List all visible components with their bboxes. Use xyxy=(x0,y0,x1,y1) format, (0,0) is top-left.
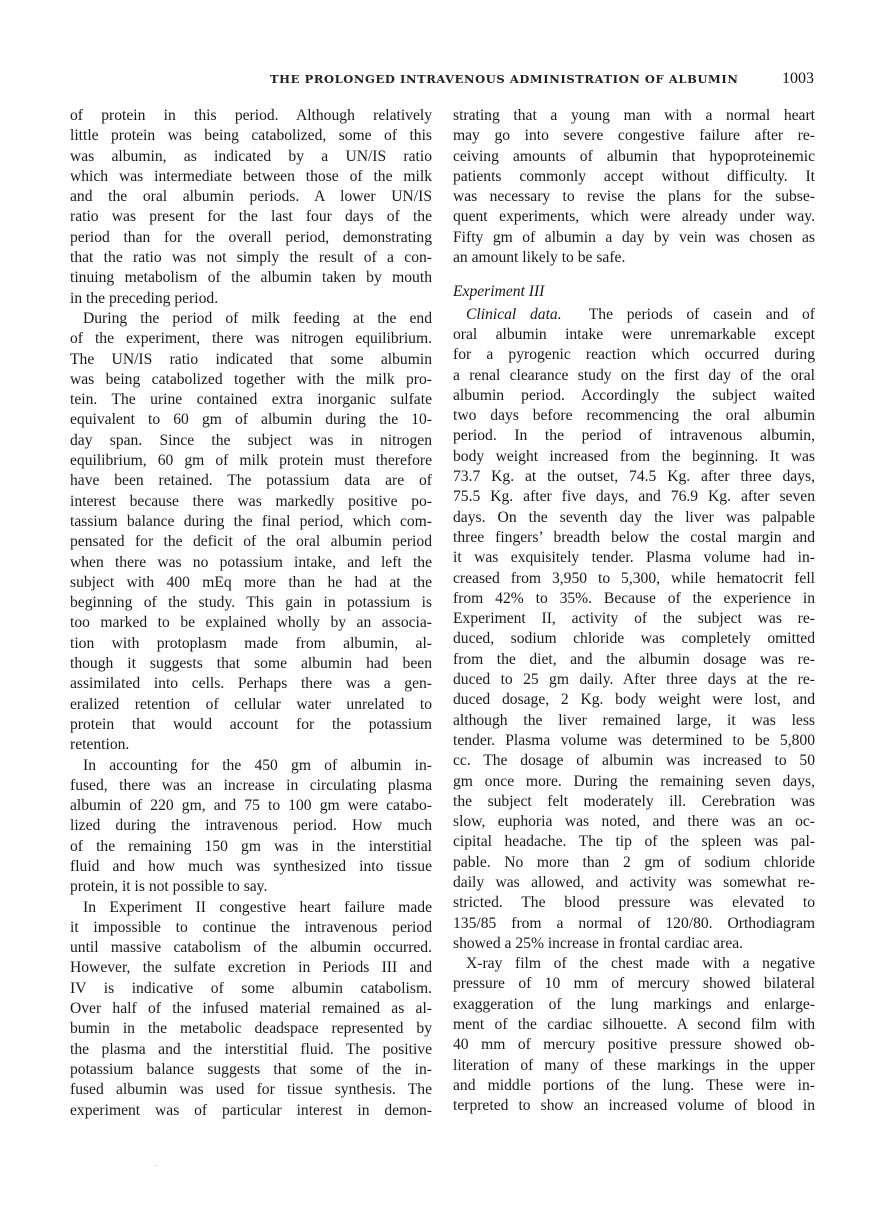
text-line: protein, it is not possible to say. xyxy=(70,877,432,897)
text-line: of the remaining 150 gm was in the inter… xyxy=(70,837,432,857)
text-line: three fingers’ breadth below the costal … xyxy=(453,528,815,548)
text-line: of protein in this period. Although rela… xyxy=(70,106,432,126)
text-line: In Experiment II congestive heart failur… xyxy=(70,898,432,918)
text-line: protein that would account for the potas… xyxy=(70,715,432,735)
text-line: may go into severe congestive failure af… xyxy=(453,126,815,146)
running-title: THE PROLONGED INTRAVENOUS ADMINISTRATION… xyxy=(270,72,738,86)
text-line: 75.5 Kg. after five days, and 76.9 Kg. a… xyxy=(453,487,815,507)
text-line: lized during the intravenous period. How… xyxy=(70,816,432,836)
text-line: and middle portions of the lung. These w… xyxy=(453,1076,815,1096)
text-line: equilibrium, 60 gm of milk protein must … xyxy=(70,451,432,471)
text-line: eralized retention of cellular water unr… xyxy=(70,695,432,715)
text-line: retention. xyxy=(70,735,432,755)
left-column: of protein in this period. Although rela… xyxy=(70,106,432,1121)
text-line: Experiment II, activity of the subject w… xyxy=(453,609,815,629)
text-line: a renal clearance study on the first day… xyxy=(453,366,815,386)
text-line: an amount likely to be safe. xyxy=(453,248,815,268)
running-header: THE PROLONGED INTRAVENOUS ADMINISTRATION… xyxy=(0,70,880,90)
text-line: gm once more. During the remaining seven… xyxy=(453,772,815,792)
text-line: from the diet, and the albumin dosage wa… xyxy=(453,650,815,670)
text-line: literation of many of these markings in … xyxy=(453,1056,815,1076)
text-line: quent experiments, which were already un… xyxy=(453,207,815,227)
text-line: beginning of the study. This gain in pot… xyxy=(70,593,432,613)
text-line: the plasma and the interstitial fluid. T… xyxy=(70,1040,432,1060)
text-line: period than for the overall period, demo… xyxy=(70,228,432,248)
text-line: ceiving amounts of albumin that hypoprot… xyxy=(453,147,815,167)
clinical-data-first-line-text: The periods of casein and of xyxy=(562,306,815,323)
text-line: terpreted to show an increased volume of… xyxy=(453,1096,815,1116)
text-line: though it suggests that some albumin had… xyxy=(70,654,432,674)
text-line: equivalent to 60 gm of albumin during th… xyxy=(70,410,432,430)
text-line: day span. Since the subject was in nitro… xyxy=(70,431,432,451)
text-line: The UN/IS ratio indicated that some albu… xyxy=(70,350,432,370)
text-line: In accounting for the 450 gm of albumin … xyxy=(70,756,432,776)
text-line: have been retained. The potassium data a… xyxy=(70,471,432,491)
text-line: daily was allowed, and activity was some… xyxy=(453,873,815,893)
text-line: duced dosage, 2 Kg. body weight were los… xyxy=(453,690,815,710)
text-line: body weight increased from the beginning… xyxy=(453,447,815,467)
text-line: experiment was of particular interest in… xyxy=(70,1101,432,1121)
text-line: tender. Plasma volume was determined to … xyxy=(453,731,815,751)
text-line: although the liver remained large, it wa… xyxy=(453,711,815,731)
text-line: X-ray film of the chest made with a nega… xyxy=(453,954,815,974)
text-line: ment of the cardiac silhouette. A second… xyxy=(453,1015,815,1035)
right-column: strating that a young man with a normal … xyxy=(453,106,815,1117)
text-line: tion with protoplasm made from albumin, … xyxy=(70,634,432,654)
text-line: showed a 25% increase in frontal cardiac… xyxy=(453,934,815,954)
text-line: tassium balance during the final period,… xyxy=(70,512,432,532)
page-number: 1003 xyxy=(782,70,814,88)
text-line: tinuing metabolism of the albumin taken … xyxy=(70,268,432,288)
text-line: IV is indicative of some albumin catabol… xyxy=(70,979,432,999)
text-line: period. In the period of intravenous alb… xyxy=(453,426,815,446)
text-line: During the period of milk feeding at the… xyxy=(70,309,432,329)
text-line: oral albumin intake were unremarkable ex… xyxy=(453,325,815,345)
text-line: was necessary to revise the plans for th… xyxy=(453,187,815,207)
text-line: potassium balance suggests that some of … xyxy=(70,1060,432,1080)
text-line: creased from 3,950 to 5,300, while hemat… xyxy=(453,569,815,589)
text-line: duced to 25 gm daily. After three days a… xyxy=(453,670,815,690)
text-line: little protein was being catabolized, so… xyxy=(70,126,432,146)
text-line: too marked to be explained wholly by an … xyxy=(70,613,432,633)
text-line: and the oral albumin periods. A lower UN… xyxy=(70,187,432,207)
text-line: Over half of the infused material remain… xyxy=(70,999,432,1019)
text-line: duced, sodium chloride was completely om… xyxy=(453,629,815,649)
text-line: patients commonly accept without difficu… xyxy=(453,167,815,187)
text-line: until massive catabolism of the albumin … xyxy=(70,938,432,958)
scan-speck xyxy=(155,1165,156,1166)
text-line: strating that a young man with a normal … xyxy=(453,106,815,126)
text-line: pable. No more than 2 gm of sodium chlor… xyxy=(453,853,815,873)
text-line: exaggeration of the lung markings and en… xyxy=(453,995,815,1015)
text-line: interest because there was markedly posi… xyxy=(70,492,432,512)
text-line: days. On the seventh day the liver was p… xyxy=(453,508,815,528)
text-line: However, the sulfate excretion in Period… xyxy=(70,958,432,978)
right-column-experiment-iii-text: oral albumin intake were unremarkable ex… xyxy=(453,325,815,1117)
text-line: was being catabolized together with the … xyxy=(70,370,432,390)
text-line: fluid and how much was synthesized into … xyxy=(70,857,432,877)
text-line: when there was no potassium intake, and … xyxy=(70,553,432,573)
text-line: in the preceding period. xyxy=(70,289,432,309)
text-line: of the experiment, there was nitrogen eq… xyxy=(70,329,432,349)
section-heading-experiment-iii: Experiment III xyxy=(453,282,815,302)
text-line: fused, there was an increase in circulat… xyxy=(70,776,432,796)
text-line: tein. The urine contained extra inorgani… xyxy=(70,390,432,410)
text-line: cc. The dosage of albumin was increased … xyxy=(453,751,815,771)
text-line: albumin period. Accordingly the subject … xyxy=(453,386,815,406)
text-line: from 42% to 35%. Because of the experien… xyxy=(453,589,815,609)
text-line: pensated for the deficit of the oral alb… xyxy=(70,532,432,552)
text-line: subject with 400 mEq more than he had at… xyxy=(70,573,432,593)
text-line: slow, euphoria was noted, and there was … xyxy=(453,812,815,832)
text-line: that the ratio was not simply the result… xyxy=(70,248,432,268)
text-line: two days before recommencing the oral al… xyxy=(453,406,815,426)
clinical-data-lead: Clinical data. xyxy=(466,306,562,323)
text-line: for a pyrogenic reaction which occurred … xyxy=(453,345,815,365)
text-line: pressure of 10 mm of mercury showed bila… xyxy=(453,974,815,994)
right-column-paragraph-continuation: strating that a young man with a normal … xyxy=(453,106,815,268)
text-line: which was intermediate between those of … xyxy=(70,167,432,187)
text-line: bumin in the metabolic deadspace represe… xyxy=(70,1019,432,1039)
text-line: it impossible to continue the intravenou… xyxy=(70,918,432,938)
text-line: 73.7 Kg. at the outset, 74.5 Kg. after t… xyxy=(453,467,815,487)
text-line: albumin of 220 gm, and 75 to 100 gm were… xyxy=(70,796,432,816)
text-line: ratio was present for the last four days… xyxy=(70,207,432,227)
text-line: was albumin, as indicated by a UN/IS rat… xyxy=(70,147,432,167)
text-line: stricted. The blood pressure was elevate… xyxy=(453,893,815,913)
text-line: it was exquisitely tender. Plasma volume… xyxy=(453,548,815,568)
text-line: the subject felt moderately ill. Cerebra… xyxy=(453,792,815,812)
text-line: 40 mm of mercury positive pressure showe… xyxy=(453,1035,815,1055)
text-line: cipital headache. The tip of the spleen … xyxy=(453,832,815,852)
text-line: Fifty gm of albumin a day by vein was ch… xyxy=(453,228,815,248)
text-line: 135/85 from a normal of 120/80. Orthodia… xyxy=(453,914,815,934)
text-line: fused albumin was used for tissue synthe… xyxy=(70,1080,432,1100)
text-line: assimilated into cells. Perhaps there wa… xyxy=(70,674,432,694)
clinical-data-first-line: Clinical data. The periods of casein and… xyxy=(453,305,815,325)
